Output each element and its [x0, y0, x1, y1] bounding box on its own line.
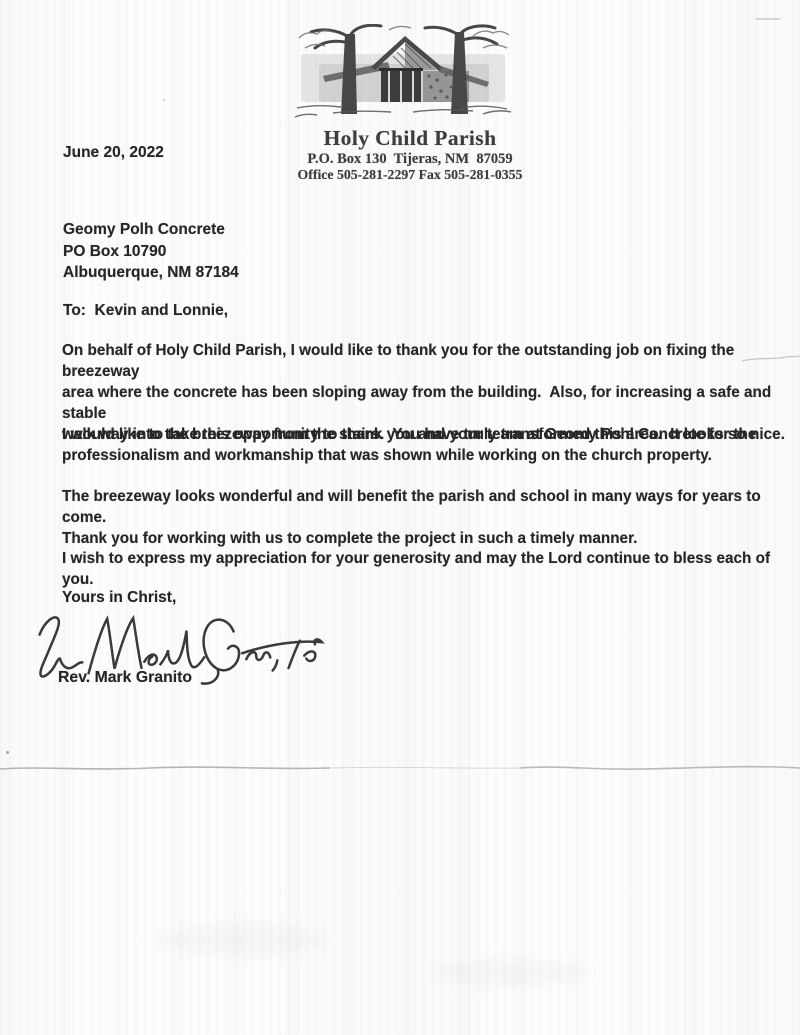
organization-phone-fax: Office 505-281-2297 Fax 505-281-0355: [250, 167, 570, 183]
small-crease-mark: [742, 353, 800, 365]
fold-crease-line: [0, 760, 800, 776]
salutation: To: Kevin and Lonnie,: [63, 302, 228, 320]
recipient-name: Geomy Polh Concrete: [63, 219, 239, 241]
organization-address: P.O. Box 130 Tijeras, NM 87059: [250, 151, 570, 167]
scan-speck: [163, 99, 165, 101]
body-paragraph-4: I wish to express my appreciation for yo…: [62, 548, 792, 590]
recipient-address-block: Geomy Polh Concrete PO Box 10790 Albuque…: [63, 219, 239, 284]
church-sketch-illustration: [293, 24, 515, 120]
scan-speck: [6, 751, 9, 754]
recipient-city-state-zip: Albuquerque, NM 87184: [63, 262, 239, 284]
scan-smudge: [430, 960, 590, 986]
organization-name: Holy Child Parish: [250, 127, 570, 149]
scan-speck: [755, 18, 781, 20]
letterhead: Holy Child Parish P.O. Box 130 Tijeras, …: [250, 127, 570, 183]
body-paragraph-2: I would like to take this opportunity to…: [62, 424, 792, 466]
letter-date: June 20, 2022: [63, 144, 164, 162]
scan-smudge: [150, 925, 330, 955]
handwritten-signature: [25, 597, 327, 701]
scanned-letter-page: Holy Child Parish P.O. Box 130 Tijeras, …: [0, 0, 800, 1035]
body-paragraph-3: The breezeway looks wonderful and will b…: [62, 486, 792, 549]
recipient-po-box: PO Box 10790: [63, 241, 239, 263]
